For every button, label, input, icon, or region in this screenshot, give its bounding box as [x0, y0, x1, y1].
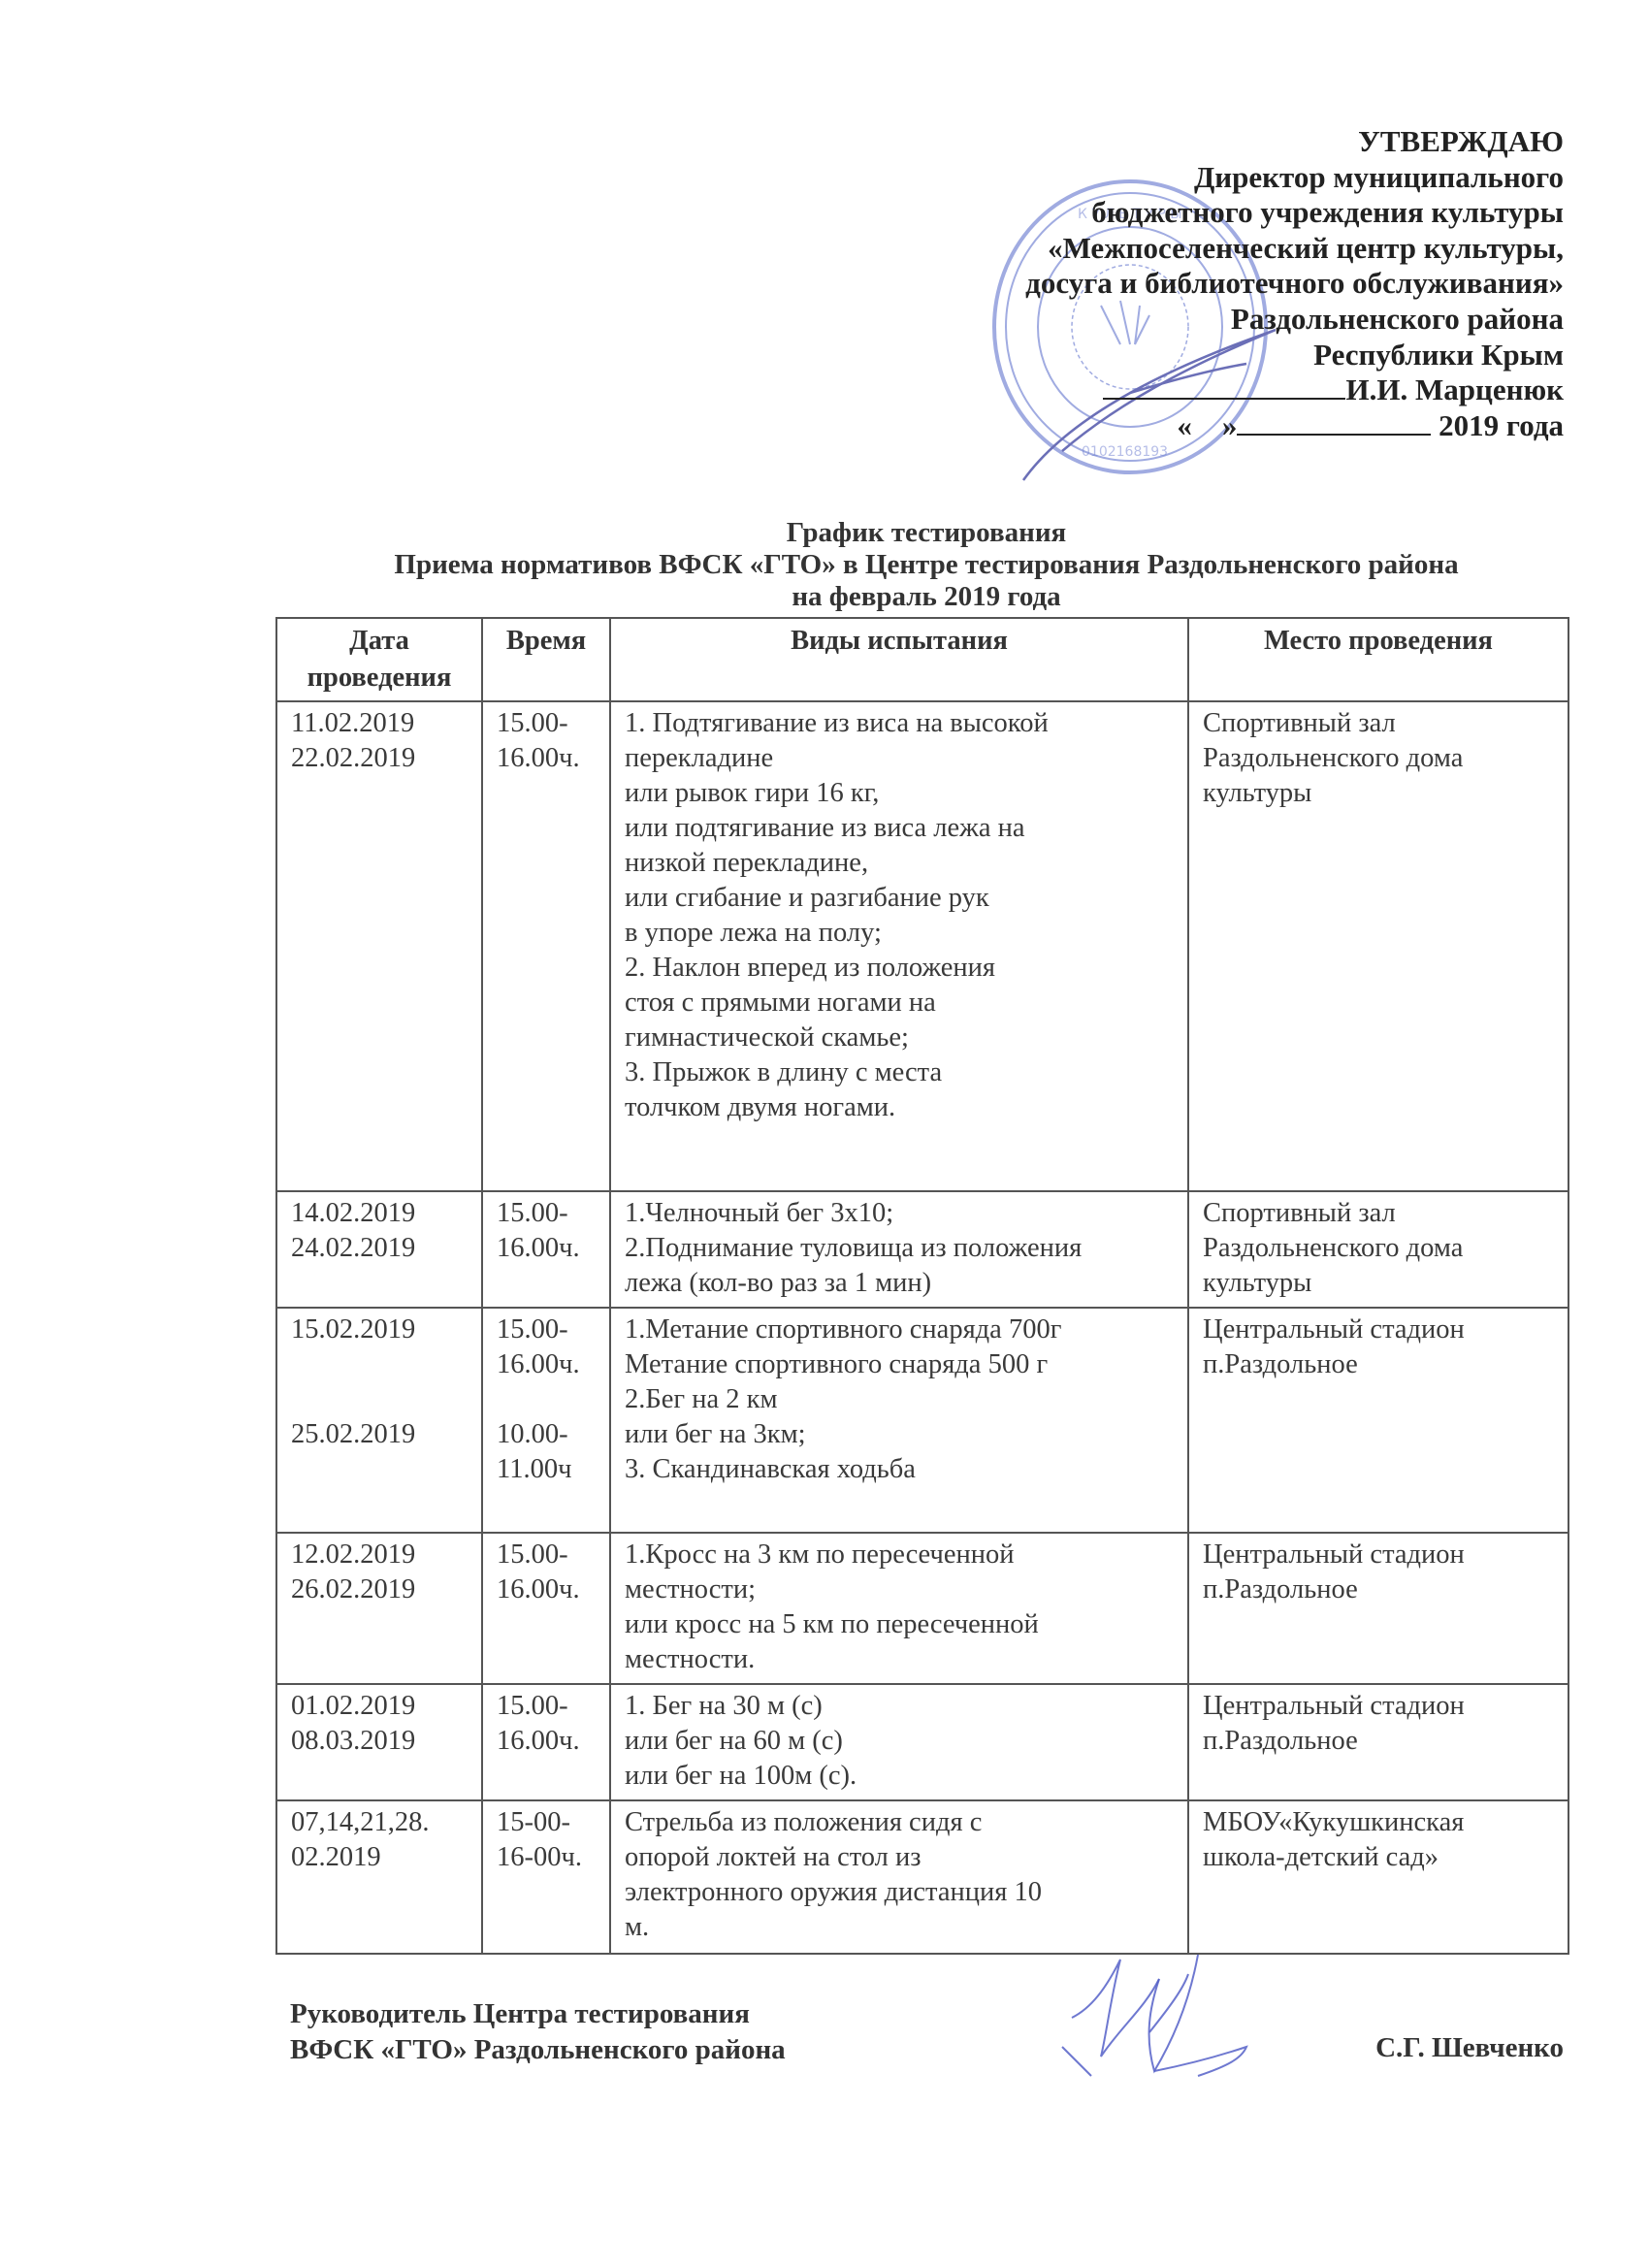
tests-cell-line: в упоре лежа на полу;	[625, 916, 1178, 951]
place-cell-line: п.Раздольное	[1203, 1572, 1558, 1607]
place-cell: Спортивный залРаздольненского домакульту…	[1188, 701, 1568, 1191]
tests-cell-line: опорой локтей на стол из	[625, 1840, 1178, 1875]
date-cell: 12.02.201926.02.2019	[276, 1533, 482, 1684]
date-cell-line: 02.2019	[291, 1840, 471, 1875]
time-cell-line: 15.00-	[497, 1538, 599, 1572]
tests-cell: 1.Челночный бег 3х10;2.Поднимание тулови…	[610, 1191, 1188, 1308]
place-cell-line: МБОУ«Кукушкинская	[1203, 1805, 1558, 1840]
time-cell-line: 16.00ч.	[497, 1231, 599, 1266]
approval-block: УТВЕРЖДАЮ Директор муниципального бюджет…	[1025, 124, 1564, 443]
approval-date-year: 2019 года	[1439, 408, 1564, 442]
date-cell-line: 08.03.2019	[291, 1724, 471, 1759]
footer-signatory: С.Г. Шевченко	[1375, 2032, 1564, 2064]
tests-cell: 1. Подтягивание из виса на высокойперекл…	[610, 701, 1188, 1191]
time-cell-line: 10.00-	[497, 1417, 599, 1452]
header-place: Место проведения	[1188, 618, 1568, 701]
table-row: 07,14,21,28.02.201915-00-16-00ч.Стрельба…	[276, 1800, 1568, 1954]
approval-region: Раздольненского района	[1025, 302, 1564, 338]
place-cell-line: Центральный стадион	[1203, 1689, 1558, 1724]
date-cell: 14.02.201924.02.2019	[276, 1191, 482, 1308]
time-cell-line: 15.00-	[497, 706, 599, 741]
tests-cell-line: или кросс на 5 км по пересеченной	[625, 1607, 1178, 1642]
tests-cell-line: лежа (кол-во раз за 1 мин)	[625, 1266, 1178, 1301]
tests-cell-line: или рывок гири 16 кг,	[625, 776, 1178, 811]
date-cell: 07,14,21,28.02.2019	[276, 1800, 482, 1954]
date-cell-line: 12.02.2019	[291, 1538, 471, 1572]
tests-cell-line: или подтягивание из виса лежа на	[625, 811, 1178, 846]
approval-date-line: « » 2019 года	[1025, 408, 1564, 444]
signature-line	[1103, 373, 1345, 400]
tests-cell-line: 1.Метание спортивного снаряда 700г	[625, 1312, 1178, 1347]
tests-cell-line: перекладине	[625, 741, 1178, 776]
place-cell: Спортивный залРаздольненского домакульту…	[1188, 1191, 1568, 1308]
tests-cell-line: 1. Подтягивание из виса на высокой	[625, 706, 1178, 741]
date-cell-line: 25.02.2019	[291, 1417, 471, 1452]
date-cell-line: 26.02.2019	[291, 1572, 471, 1607]
place-cell-line: п.Раздольное	[1203, 1724, 1558, 1759]
header-time: Время	[482, 618, 610, 701]
date-cell-line: 07,14,21,28.	[291, 1805, 471, 1840]
place-cell-line: Раздольненского дома	[1203, 1231, 1558, 1266]
tests-cell-line: 3. Прыжок в длину с места	[625, 1055, 1178, 1090]
place-cell-line: культуры	[1203, 1266, 1558, 1301]
date-cell-line: 11.02.2019	[291, 706, 471, 741]
tests-cell-line: 1. Бег на 30 м (с)	[625, 1689, 1178, 1724]
tests-cell-line: 2. Наклон вперед из положения	[625, 951, 1178, 986]
time-cell-line: 16-00ч.	[497, 1840, 599, 1875]
approval-signatory-line: И.И. Марценюк	[1025, 373, 1564, 408]
time-cell: 15.00-16.00ч.	[482, 1684, 610, 1800]
tests-cell-line: местности.	[625, 1642, 1178, 1677]
spacer	[291, 1347, 471, 1417]
time-cell-line: 15.00-	[497, 1196, 599, 1231]
approval-heading: УТВЕРЖДАЮ	[1025, 124, 1564, 160]
footer-position: Руководитель Центра тестирования	[290, 1996, 786, 2032]
table-row: 12.02.201926.02.201915.00-16.00ч.1.Кросс…	[276, 1533, 1568, 1684]
tests-cell-line: толчком двумя ногами.	[625, 1090, 1178, 1125]
table-row: 01.02.201908.03.201915.00-16.00ч.1. Бег …	[276, 1684, 1568, 1800]
tests-cell-line: 1.Кросс на 3 км по пересеченной	[625, 1538, 1178, 1572]
place-cell-line: Раздольненского дома	[1203, 741, 1558, 776]
time-cell-line: 16.00ч.	[497, 741, 599, 776]
tests-cell-line: низкой перекладине,	[625, 846, 1178, 881]
tests-cell: 1.Кросс на 3 км по пересеченнойместности…	[610, 1533, 1188, 1684]
approval-organization: досуга и библиотечного обслуживания»	[1025, 266, 1564, 302]
tests-cell-line: местности;	[625, 1572, 1178, 1607]
tests-cell-line: 3. Скандинавская ходьба	[625, 1452, 1178, 1487]
place-cell: Центральный стадионп.Раздольное	[1188, 1533, 1568, 1684]
tests-cell-line: гимнастической скамье;	[625, 1021, 1178, 1055]
footer-position: ВФСК «ГТО» Раздольненского района	[290, 2032, 786, 2068]
title-line: График тестирования	[272, 517, 1581, 549]
approval-region: Республики Крым	[1025, 338, 1564, 373]
date-cell: 11.02.201922.02.2019	[276, 701, 482, 1191]
place-cell-line: культуры	[1203, 776, 1558, 811]
tests-cell-line: или сгибание и разгибание рук	[625, 881, 1178, 916]
tests-cell: Стрельба из положения сидя сопорой локте…	[610, 1800, 1188, 1954]
place-cell-line: п.Раздольное	[1203, 1347, 1558, 1382]
quote-close: »	[1222, 408, 1238, 442]
place-cell-line: Центральный стадион	[1203, 1312, 1558, 1347]
spacer	[497, 1382, 599, 1417]
time-cell: 15.00-16.00ч.10.00-11.00ч	[482, 1308, 610, 1533]
document-title: График тестирования Приема нормативов ВФ…	[272, 517, 1581, 613]
tests-cell-line: м.	[625, 1910, 1178, 1945]
place-cell-line: Спортивный зал	[1203, 1196, 1558, 1231]
tests-cell: 1. Бег на 30 м (с)или бег на 60 м (с)или…	[610, 1684, 1188, 1800]
tests-cell-line: 2.Поднимание туловища из положения	[625, 1231, 1178, 1266]
svg-text:0102168193: 0102168193	[1082, 444, 1168, 460]
time-cell-line: 16.00ч.	[497, 1724, 599, 1759]
place-cell: МБОУ«Кукушкинскаяшкола-детский сад»	[1188, 1800, 1568, 1954]
date-cell-line: 15.02.2019	[291, 1312, 471, 1347]
place-cell: Центральный стадионп.Раздольное	[1188, 1684, 1568, 1800]
table-header-row: Дата проведения Время Виды испытания Мес…	[276, 618, 1568, 701]
place-cell-line: Спортивный зал	[1203, 706, 1558, 741]
header-date: Дата проведения	[276, 618, 482, 701]
time-cell-line: 16.00ч.	[497, 1347, 599, 1382]
tests-cell-line: Метание спортивного снаряда 500 г	[625, 1347, 1178, 1382]
tests-cell-line: или бег на 60 м (с)	[625, 1724, 1178, 1759]
tests-cell-line: Стрельба из положения сидя с	[625, 1805, 1178, 1840]
time-cell: 15.00-16.00ч.	[482, 1191, 610, 1308]
place-cell: Центральный стадионп.Раздольное	[1188, 1308, 1568, 1533]
handwritten-signature	[1052, 1950, 1276, 2086]
time-cell: 15.00-16.00ч.	[482, 701, 610, 1191]
place-cell-line: школа-детский сад»	[1203, 1840, 1558, 1875]
tests-cell-line: стоя с прямыми ногами на	[625, 986, 1178, 1021]
tests-cell-line: 1.Челночный бег 3х10;	[625, 1196, 1178, 1231]
table-row: 14.02.201924.02.201915.00-16.00ч.1.Челно…	[276, 1191, 1568, 1308]
schedule-table: Дата проведения Время Виды испытания Мес…	[275, 617, 1569, 1955]
approval-organization: «Межпоселенческий центр культуры,	[1025, 231, 1564, 267]
time-cell-line: 11.00ч	[497, 1452, 599, 1487]
tests-cell-line: 2.Бег на 2 км	[625, 1382, 1178, 1417]
date-cell-line: 22.02.2019	[291, 741, 471, 776]
date-line	[1237, 408, 1431, 436]
tests-cell-line: или бег на 100м (с).	[625, 1759, 1178, 1794]
tests-cell: 1.Метание спортивного снаряда 700гМетани…	[610, 1308, 1188, 1533]
date-cell: 01.02.201908.03.2019	[276, 1684, 482, 1800]
time-cell-line: 16.00ч.	[497, 1572, 599, 1607]
quote-open: «	[1177, 408, 1192, 442]
time-cell: 15.00-16.00ч.	[482, 1533, 610, 1684]
tests-cell-line: электронного оружия дистанция 10	[625, 1875, 1178, 1910]
table-row: 11.02.201922.02.201915.00-16.00ч.1. Подт…	[276, 701, 1568, 1191]
date-cell: 15.02.201925.02.2019	[276, 1308, 482, 1533]
footer-block: Руководитель Центра тестирования ВФСК «Г…	[290, 1996, 786, 2068]
time-cell-line: 15-00-	[497, 1805, 599, 1840]
date-cell-line: 01.02.2019	[291, 1689, 471, 1724]
title-line: Приема нормативов ВФСК «ГТО» в Центре те…	[272, 549, 1581, 581]
tests-cell-line: или бег на 3км;	[625, 1417, 1178, 1452]
table-row: 15.02.201925.02.201915.00-16.00ч.10.00-1…	[276, 1308, 1568, 1533]
date-cell-line: 24.02.2019	[291, 1231, 471, 1266]
time-cell-line: 15.00-	[497, 1689, 599, 1724]
time-cell: 15-00-16-00ч.	[482, 1800, 610, 1954]
approval-signatory: И.И. Марценюк	[1345, 373, 1564, 406]
title-line: на февраль 2019 года	[272, 581, 1581, 613]
approval-position: Директор муниципального	[1025, 160, 1564, 196]
date-cell-line: 14.02.2019	[291, 1196, 471, 1231]
place-cell-line: Центральный стадион	[1203, 1538, 1558, 1572]
approval-position: бюджетного учреждения культуры	[1025, 195, 1564, 231]
time-cell-line: 15.00-	[497, 1312, 599, 1347]
header-tests: Виды испытания	[610, 618, 1188, 701]
